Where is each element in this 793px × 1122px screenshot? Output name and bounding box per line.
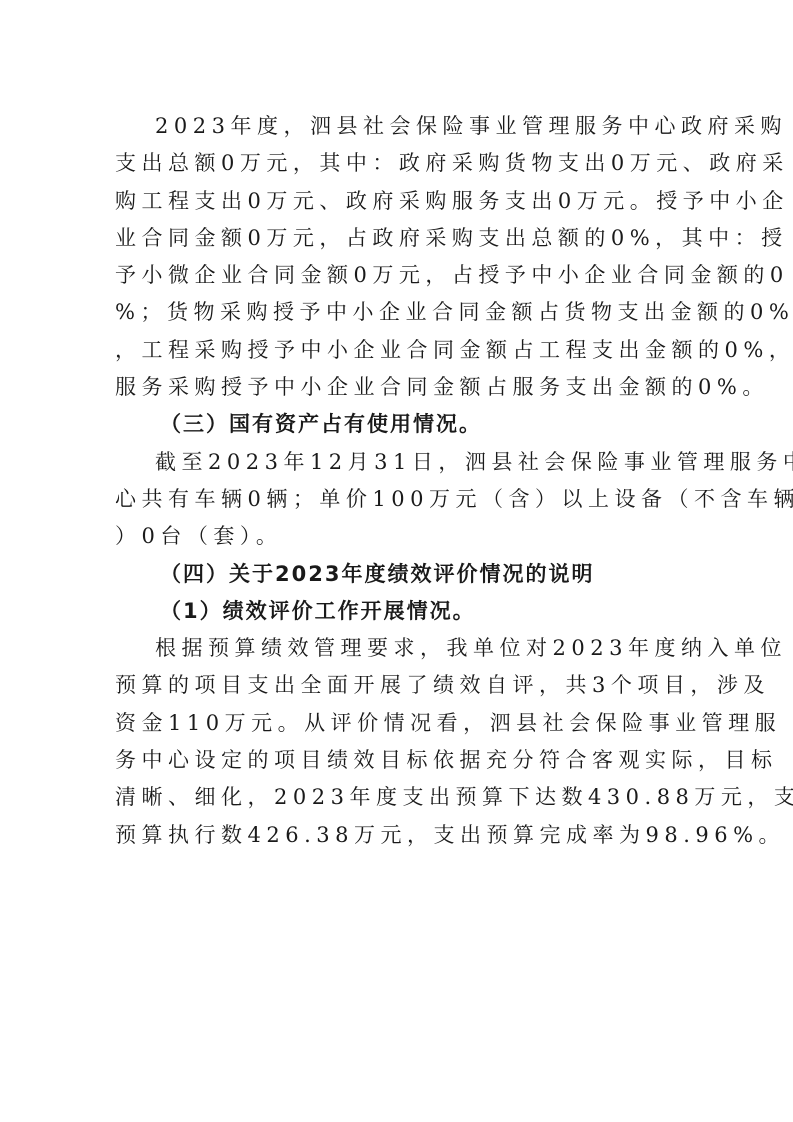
section-heading-performance: （四）关于2023年度绩效评价情况的说明 — [115, 556, 675, 593]
paragraph-line: 购工程支出0万元、政府采购服务支出0万元。授予中小企 — [115, 183, 675, 220]
paragraph-line: 截至2023年12月31日，泗县社会保险事业管理服务中 — [115, 444, 675, 481]
document-page: 2023年度，泗县社会保险事业管理服务中心政府采购 支出总额0万元，其中：政府采… — [115, 108, 675, 854]
paragraph-line: %；货物采购授予中小企业合同金额占货物支出金额的0% — [115, 294, 675, 331]
paragraph-line: 根据预算绩效管理要求，我单位对2023年度纳入单位 — [115, 630, 675, 667]
paragraph-line: 务中心设定的项目绩效目标依据充分符合客观实际，目标 — [115, 742, 675, 779]
paragraph-line: 支出总额0万元，其中：政府采购货物支出0万元、政府采 — [115, 145, 675, 182]
paragraph-line: 予小微企业合同金额0万元，占授予中小企业合同金额的0 — [115, 257, 675, 294]
paragraph-line: ）0台（套）。 — [115, 518, 675, 555]
paragraph-line: 资金110万元。从评价情况看，泗县社会保险事业管理服 — [115, 705, 675, 742]
paragraph-line: 预算执行数426.38万元，支出预算完成率为98.96%。 — [115, 817, 675, 854]
paragraph-line: 心共有车辆0辆；单价100万元（含）以上设备（不含车辆 — [115, 481, 675, 518]
subsection-heading-evaluation: （1）绩效评价工作开展情况。 — [115, 593, 675, 630]
paragraph-line: 预算的项目支出全面开展了绩效自评，共3个项目，涉及 — [115, 667, 675, 704]
paragraph-line: 2023年度，泗县社会保险事业管理服务中心政府采购 — [115, 108, 675, 145]
section-heading-assets: （三）国有资产占有使用情况。 — [115, 406, 675, 443]
paragraph-line: 业合同金额0万元，占政府采购支出总额的0%，其中：授 — [115, 220, 675, 257]
paragraph-line: ，工程采购授予中小企业合同金额占工程支出金额的0%， — [115, 332, 675, 369]
paragraph-line: 服务采购授予中小企业合同金额占服务支出金额的0%。 — [115, 369, 675, 406]
paragraph-line: 清晰、细化，2023年度支出预算下达数430.88万元，支出 — [115, 779, 675, 816]
